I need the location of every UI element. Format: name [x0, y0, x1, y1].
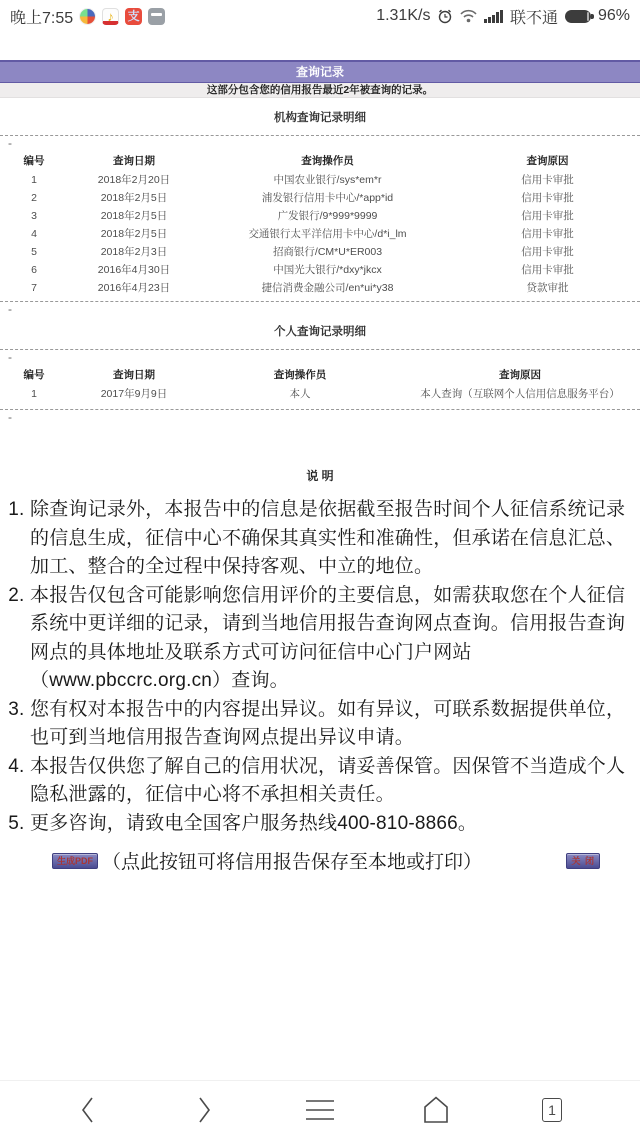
photos-notification-icon — [79, 8, 96, 25]
table-cell: 1 — [0, 385, 68, 403]
status-bar: 晚上7:55 ♪ 支 1.31K/s 联不通 96% — [0, 0, 640, 32]
column-header: 查询原因 — [400, 365, 640, 385]
column-header: 编号 — [0, 151, 68, 171]
clock-time: 晚上7:55 — [10, 5, 73, 28]
personal-table-header: 编号查询日期查询操作员查询原因 — [0, 365, 640, 385]
section-title-bar: 查询记录 — [0, 60, 640, 83]
table-cell: 信用卡审批 — [455, 189, 640, 207]
chevron-left-icon — [78, 1095, 98, 1125]
table-cell: 7 — [0, 279, 68, 297]
table-cell: 1 — [0, 171, 68, 189]
battery-icon — [565, 10, 591, 23]
note-item: 您有权对本报告中的内容提出异议。如有异议，可联系数据提供单位，也可到当地信用报告… — [30, 696, 630, 753]
tab-counter: 1 — [542, 1098, 562, 1122]
table-cell: 6 — [0, 261, 68, 279]
screenshot-notification-icon — [148, 8, 165, 25]
table-cell: 招商银行/CM*U*ER003 — [200, 243, 455, 261]
browser-nav-bar: 1 — [0, 1080, 640, 1138]
home-icon — [422, 1095, 450, 1125]
column-header: 编号 — [0, 365, 68, 385]
column-header: 查询日期 — [68, 365, 200, 385]
dashed-divider — [0, 349, 640, 350]
table-cell: 2018年2月3日 — [68, 243, 200, 261]
table-cell: 信用卡审批 — [455, 225, 640, 243]
note-item: 本报告仅包含可能影响您信用评价的主要信息，如需获取您在个人征信系统中更详细的记录… — [30, 582, 630, 696]
carrier-name: 联不通 — [510, 5, 558, 28]
note-item: 更多咨询，请致电全国客户服务热线400-810-8866。 — [30, 810, 630, 839]
notes-list: 除查询记录外，本报告中的信息是依据截至报告时间个人征信系统记录的信息生成，征信中… — [8, 496, 630, 838]
table-cell: 5 — [0, 243, 68, 261]
column-header: 查询操作员 — [200, 365, 400, 385]
tabs-button[interactable]: 1 — [530, 1090, 574, 1130]
hamburger-menu-icon — [304, 1097, 336, 1123]
column-header: 查询原因 — [455, 151, 640, 171]
table-row: 42018年2月5日交通银行太平洋信用卡中心/d*i_lm信用卡审批 — [0, 225, 640, 243]
org-query-table: 编号查询日期查询操作员查询原因 12018年2月20日中国农业银行/sys*em… — [0, 151, 640, 297]
menu-button[interactable] — [298, 1090, 342, 1130]
table-row: 62016年4月30日中国光大银行/*dxy*jkcx信用卡审批 — [0, 261, 640, 279]
dashed-divider — [0, 135, 640, 136]
column-header: 查询操作员 — [200, 151, 455, 171]
footer-actions: 生成PDF （点此按钮可将信用报告保存至本地或打印） 关 闭 — [0, 847, 640, 874]
org-table-header: 编号查询日期查询操作员查询原因 — [0, 151, 640, 171]
table-cell: 广发银行/9*999*9999 — [200, 207, 455, 225]
section-subtitle: 这部分包含您的信用报告最近2年被查询的记录。 — [0, 83, 640, 98]
table-cell: 中国农业银行/sys*em*r — [200, 171, 455, 189]
table-cell: 本人查询（互联网个人信用信息服务平台） — [400, 385, 640, 403]
table-cell: 2018年2月5日 — [68, 207, 200, 225]
generate-pdf-button[interactable]: 生成PDF — [52, 853, 98, 869]
table-cell: 4 — [0, 225, 68, 243]
org-table-title: 机构查询记录明细 — [0, 111, 640, 125]
music-app-notification-icon: ♪ — [102, 8, 119, 25]
personal-table-body: 12017年9月9日本人本人查询（互联网个人信用信息服务平台） — [0, 385, 640, 403]
forward-button[interactable] — [182, 1090, 226, 1130]
table-cell: 2016年4月23日 — [68, 279, 200, 297]
personal-table-title: 个人查询记录明细 — [0, 325, 640, 339]
dash-marker: - — [8, 137, 640, 149]
note-item: 本报告仅供您了解自己的信用状况，请妥善保管。因保管不当造成个人隐私泄露的，征信中… — [30, 753, 630, 810]
table-cell: 2 — [0, 189, 68, 207]
dash-marker: - — [8, 411, 640, 423]
pay-app-notification-icon: 支 — [125, 8, 142, 25]
wifi-icon — [460, 9, 477, 23]
org-table-body: 12018年2月20日中国农业银行/sys*em*r信用卡审批22018年2月5… — [0, 171, 640, 297]
table-cell: 浦发银行信用卡中心/*app*id — [200, 189, 455, 207]
table-row: 12018年2月20日中国农业银行/sys*em*r信用卡审批 — [0, 171, 640, 189]
personal-query-table: 编号查询日期查询操作员查询原因 12017年9月9日本人本人查询（互联网个人信用… — [0, 365, 640, 403]
close-button[interactable]: 关 闭 — [566, 853, 600, 869]
table-cell: 中国光大银行/*dxy*jkcx — [200, 261, 455, 279]
browser-page: 查询记录 这部分包含您的信用报告最近2年被查询的记录。 机构查询记录明细 - 编… — [0, 32, 640, 1080]
table-cell: 2016年4月30日 — [68, 261, 200, 279]
table-row: 52018年2月3日招商银行/CM*U*ER003信用卡审批 — [0, 243, 640, 261]
network-speed: 1.31K/s — [376, 7, 430, 25]
table-cell: 交通银行太平洋信用卡中心/d*i_lm — [200, 225, 455, 243]
home-button[interactable] — [414, 1090, 458, 1130]
table-cell: 2017年9月9日 — [68, 385, 200, 403]
table-cell: 本人 — [200, 385, 400, 403]
signal-strength-icon — [484, 10, 503, 23]
dashed-divider — [0, 301, 640, 302]
table-cell: 信用卡审批 — [455, 261, 640, 279]
dash-marker: - — [8, 351, 640, 363]
table-row: 32018年2月5日广发银行/9*999*9999信用卡审批 — [0, 207, 640, 225]
table-cell: 信用卡审批 — [455, 243, 640, 261]
table-cell: 贷款审批 — [455, 279, 640, 297]
chevron-right-icon — [194, 1095, 214, 1125]
alarm-icon — [437, 8, 453, 24]
table-cell: 捷信消费金融公司/en*ui*y38 — [200, 279, 455, 297]
notes-title: 说 明 — [0, 467, 640, 484]
back-button[interactable] — [66, 1090, 110, 1130]
pdf-hint-text: （点此按钮可将信用报告保存至本地或打印） — [102, 847, 482, 874]
table-cell: 3 — [0, 207, 68, 225]
column-header: 查询日期 — [68, 151, 200, 171]
table-row: 12017年9月9日本人本人查询（互联网个人信用信息服务平台） — [0, 385, 640, 403]
dashed-divider — [0, 409, 640, 410]
table-row: 22018年2月5日浦发银行信用卡中心/*app*id信用卡审批 — [0, 189, 640, 207]
table-cell: 信用卡审批 — [455, 207, 640, 225]
table-row: 72016年4月23日捷信消费金融公司/en*ui*y38贷款审批 — [0, 279, 640, 297]
table-cell: 2018年2月5日 — [68, 225, 200, 243]
table-cell: 信用卡审批 — [455, 171, 640, 189]
battery-percent: 96% — [598, 7, 630, 25]
dash-marker: - — [8, 303, 640, 315]
table-cell: 2018年2月20日 — [68, 171, 200, 189]
table-cell: 2018年2月5日 — [68, 189, 200, 207]
note-item: 除查询记录外，本报告中的信息是依据截至报告时间个人征信系统记录的信息生成，征信中… — [30, 496, 630, 582]
